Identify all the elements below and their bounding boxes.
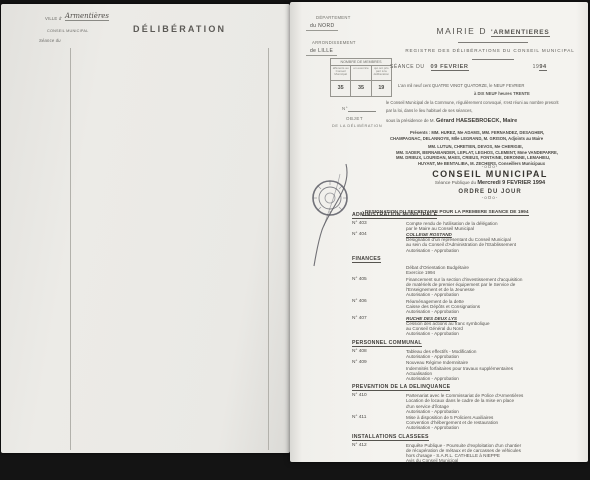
- agenda-section-heading: PERSONNEL COMMUNAL: [352, 340, 422, 347]
- presidence-line: sous la présidence de M. Gérard HAESEBRO…: [386, 118, 517, 124]
- objet-sub-label: DE LA DÉLIBÉRATION: [332, 124, 382, 128]
- registre-label: REGISTRE DES DÉLIBÉRATIONS DU CONSEIL MU…: [390, 48, 590, 53]
- ville-label: VILLE d': [45, 16, 62, 21]
- convocation-paragraph: L'an mil neuf cent QUATRE VINGT QUATORZE…: [386, 82, 584, 116]
- arrondissement-value: de LILLE: [306, 48, 337, 56]
- agenda-item: N° 407RUCHE DES DEUX LYSCession des acti…: [352, 316, 584, 336]
- agenda-item-number: N° 409: [352, 360, 406, 380]
- scanned-document: VILLE d' Armentières CONSEIL MUNICIPAL S…: [0, 0, 590, 480]
- deliberation-title: DÉLIBÉRATION: [133, 24, 226, 34]
- members-col-header: qui ont pris part à la délibération: [372, 66, 391, 81]
- departement-value: du NORD: [306, 23, 338, 31]
- agenda-item-body: Compte rendu de l'utilisation de la délé…: [406, 221, 584, 231]
- agenda-item-line: Avis du Conseil Municipal: [406, 458, 584, 463]
- agenda-item: N° 410Partenariat avec le Commissariat d…: [352, 393, 584, 413]
- numero-label: N°: [342, 106, 376, 112]
- conseil-municipal-label: CONSEIL MUNICIPAL: [47, 29, 88, 33]
- agenda-item-number: N° 408: [352, 349, 406, 359]
- agenda-item-line: Autorisation - Approbation: [406, 309, 584, 314]
- presents-line: CHAMPAGNAC, DELANNOYE, Mlle LEGRAND, M. …: [388, 136, 584, 142]
- agenda-item: N° 411Mise à disposition de 5 Policiers …: [352, 415, 584, 430]
- header-rule: [458, 42, 528, 43]
- seance-du-label: Séance du: [39, 38, 61, 43]
- members-value: 35: [351, 81, 370, 96]
- ville-value: Armentières: [65, 12, 109, 21]
- header-rule: [472, 59, 514, 60]
- agenda-item-number: N° 406: [352, 299, 406, 314]
- agenda-section-heading: PREVENTION DE LA DELINQUANCE: [352, 384, 450, 391]
- agenda-item-body: Réaménagement de la detteCaisse des Dépô…: [406, 299, 584, 314]
- conseil-municipal-title: CONSEIL MUNICIPAL: [390, 169, 590, 179]
- members-col-header: afférents au Conseil Municipal: [331, 66, 350, 81]
- agenda-item: Débat d'Orientation BudgétaireExercice 1…: [352, 265, 584, 275]
- agenda-item-line: Autorisation - Approbation: [406, 354, 584, 359]
- agenda-item-body: Débat d'Orientation BudgétaireExercice 1…: [406, 265, 584, 275]
- agenda-section: INSTALLATIONS CLASSEESN° 412Enquête Publ…: [352, 434, 584, 463]
- objet-label: OBJET: [346, 116, 363, 121]
- agenda-item-line: Autorisation - Approbation: [406, 425, 584, 430]
- convocation-line: à DIX NEUF heures TRENTE: [386, 90, 584, 98]
- agenda-item: N° 403Compte rendu de l'utilisation de l…: [352, 221, 584, 231]
- agenda-section: PERSONNEL COMMUNALN° 408Tableau des effe…: [352, 340, 584, 381]
- agenda-item-number: [352, 265, 406, 275]
- departement-label: DÉPARTEMENT: [316, 15, 351, 20]
- agenda-item-number: N° 404: [352, 232, 406, 252]
- agenda-item: N° 404COLLEGE ROSTANDDésignation d'un re…: [352, 232, 584, 252]
- agenda-item-line: Autorisation - Approbation: [406, 376, 584, 381]
- agenda: ADMINISTRATION MUNICIPALEN° 403Compte re…: [352, 208, 584, 465]
- agenda-item-number: N° 410: [352, 393, 406, 413]
- agenda-item-body: Enquête Publique - Poursuite d'exploitat…: [406, 443, 584, 463]
- agenda-section-heading: FINANCES: [352, 256, 381, 263]
- agenda-item: N° 412Enquête Publique - Poursuite d'exp…: [352, 443, 584, 463]
- agenda-item-body: Partenariat avec le Commissariat de Poli…: [406, 393, 584, 413]
- agenda-item-line: Autorisation - Approbation: [406, 409, 584, 414]
- agenda-item-number: N° 407: [352, 316, 406, 336]
- mairie-title: MAIRIE D 'ARMENTIERES: [408, 26, 578, 36]
- seance-line: SÉANCE DU 09 FEVRIER 1994: [390, 64, 547, 70]
- agenda-item-line: Exercice 1994: [406, 270, 584, 275]
- arrondissement-label: ARRONDISSEMENT: [312, 40, 356, 45]
- agenda-item-body: COLLEGE ROSTANDDésignation d'un représen…: [406, 232, 584, 252]
- agenda-item-body: RUCHE DES DEUX LYSCession des actions au…: [406, 316, 584, 336]
- convocation-line: L'an mil neuf cent QUATRE VINGT QUATORZE…: [386, 82, 584, 90]
- agenda-section: PREVENTION DE LA DELINQUANCEN° 410Parten…: [352, 384, 584, 430]
- agenda-section-heading: ADMINISTRATION MUNICIPALE: [352, 212, 437, 219]
- members-table-title: NOMBRE DE MEMBRES: [331, 59, 391, 66]
- agenda-item: N° 405Financement sur la section d'inves…: [352, 277, 584, 297]
- agenda-item-number: N° 411: [352, 415, 406, 430]
- convocation-line: par la loi, dans le lieu habituel de ses…: [386, 107, 584, 115]
- agenda-item-body: Financement sur la section d'investissem…: [406, 277, 584, 297]
- presents-paragraph: Présents : MM. HUREZ, Me ADAMS, MM. FERN…: [388, 130, 584, 167]
- agenda-item-body: Nouveau Régime IndemnitaireIndemnités fo…: [406, 360, 584, 380]
- agenda-section: FINANCESDébat d'Orientation BudgétaireEx…: [352, 256, 584, 336]
- agenda-item-body: Mise à disposition de 5 Policiers Auxili…: [406, 415, 584, 430]
- agenda-item: N° 406Réaménagement de la detteCaisse de…: [352, 299, 584, 314]
- agenda-item-line: Autorisation - Approbation: [406, 331, 584, 336]
- agenda-item: N° 409Nouveau Régime IndemnitaireIndemni…: [352, 360, 584, 380]
- agenda-item-body: Tableau des effectifs - ModificationAuto…: [406, 349, 584, 359]
- agenda-item-number: N° 412: [352, 443, 406, 463]
- agenda-item: N° 408Tableau des effectifs - Modificati…: [352, 349, 584, 359]
- left-page: VILLE d' Armentières CONSEIL MUNICIPAL S…: [1, 4, 290, 453]
- agenda-section-heading: INSTALLATIONS CLASSEES: [352, 434, 429, 441]
- convocation-line: le Conseil Municipal de la Commune, régu…: [386, 99, 584, 107]
- members-value: 35: [331, 81, 350, 96]
- agenda-item-number: N° 403: [352, 221, 406, 231]
- deliberation-writing-area: [70, 48, 269, 450]
- agenda-item-line: Autorisation - Approbation: [406, 292, 584, 297]
- agenda-item-number: N° 405: [352, 277, 406, 297]
- agenda-item-line: par le Maire au Conseil Municipal: [406, 226, 584, 231]
- members-col-header: en exercice: [351, 66, 370, 81]
- agenda-item-line: Autorisation - Approbation: [406, 248, 584, 253]
- seance-publique-line: Séance Publique du Mercredi 9 FEVRIER 19…: [390, 180, 590, 186]
- right-page: DÉPARTEMENT du NORD ARRONDISSEMENT de LI…: [290, 2, 588, 462]
- agenda-section: ADMINISTRATION MUNICIPALEN° 403Compte re…: [352, 212, 584, 253]
- members-count-table: NOMBRE DE MEMBRES afférents au Conseil M…: [330, 58, 392, 97]
